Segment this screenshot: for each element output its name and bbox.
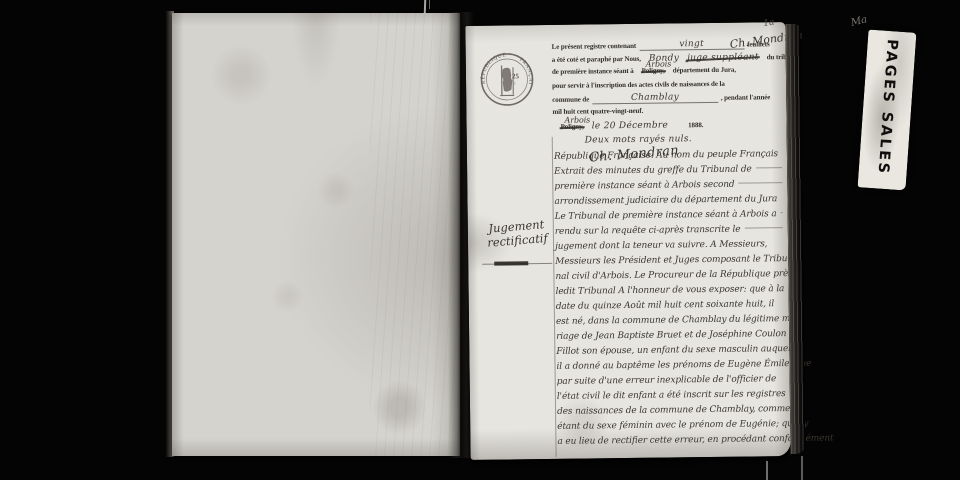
handwritten-vingt: vingt [679, 39, 704, 49]
act-body-line-text: a eu lieu de rectifier cette erreur, en … [557, 434, 833, 447]
archive-label-text: PAGES SALES [874, 31, 901, 190]
registry-right-page: 1a Ch. Mondran RÉPUBLIQUE FRANÇAISE 25 c… [465, 22, 790, 460]
ruled-line-filler [744, 227, 782, 228]
stamp-denomination: 25 [512, 72, 520, 80]
act-body-line-text: première instance séant à Arbois second [554, 180, 734, 192]
handwritten-struck-words: juge suppléant [687, 53, 759, 64]
act-body-line-text: rendu sur la requête ci-après transcrite… [555, 225, 741, 237]
act-body-line-text: Le Tribunal de première instance séant à… [555, 209, 777, 222]
act-body-line-text: étant du sexe féminin avec le prénom de … [557, 419, 808, 432]
handwritten-date: le 20 Décembre [592, 121, 669, 132]
act-body-line-text: l'état civil le dit enfant a été inscrit… [557, 389, 786, 402]
act-body-line-text: nal civil d'Arbois. Le Procureur de la R… [555, 269, 792, 282]
ruled-line-filler [738, 182, 782, 184]
page-edge-sliver [766, 461, 768, 480]
handwritten-chamblay: Chamblay [631, 92, 679, 103]
act-body-line-text: Extrait des minutes du greffe du Tribuna… [554, 164, 752, 176]
margin-note-underline [482, 263, 552, 265]
blank-left-page [172, 13, 460, 456]
folio-mark: 1a [763, 17, 775, 29]
act-body-line-text: République Française. Au nom du peuple F… [554, 149, 778, 162]
act-body-line-text: il a donné au baptême les prénoms de Eug… [556, 359, 811, 372]
act-body-line-text: Fillot son épouse, un enfant du sexe mas… [556, 344, 791, 357]
act-body-line-text: par suite d'une erreur inexplicable de l… [557, 374, 777, 387]
act-body-line-text: arrondissement judiciaire du département… [554, 194, 777, 207]
handwritten-arbois: Arbois [646, 60, 672, 69]
corner-scribble-mark: Ma [850, 14, 868, 29]
act-body-line-text: riage de Jean Baptiste Bruet et de Josép… [556, 329, 786, 342]
scan-background: 1a Ch. Mondran RÉPUBLIQUE FRANÇAISE 25 c… [0, 0, 960, 480]
printed-year: 1888. [688, 121, 703, 129]
handwritten-act-body: République Française. Au nom du peuple F… [554, 149, 786, 452]
act-body-line-text: Messieurs les Président et Juges composa… [555, 254, 790, 267]
act-body-line-text: ledit Tribunal A l'honneur de vous expos… [556, 284, 785, 297]
act-body-line-text: des naissances de la commune de Chamblay… [557, 404, 790, 417]
act-body-line-text: jugement dont la teneur va suivre. A Mes… [555, 239, 767, 252]
page-edge-sliver [801, 456, 803, 480]
republique-francaise-stamp-icon: RÉPUBLIQUE FRANÇAISE 25 c [479, 51, 536, 108]
act-body-line-text: date du quinze Août mil huit cent soixan… [556, 299, 774, 312]
archive-label: PAGES SALES [858, 30, 917, 191]
margin-note-jugement-rectificatif: Jugement rectificatif [477, 216, 557, 250]
act-body-line-text: est né, dans la commune de Chamblay du l… [556, 314, 798, 327]
page-edge-sliver [424, 0, 426, 14]
ruled-line-filler [756, 167, 783, 168]
svg-text:c: c [514, 80, 516, 85]
page-edge-sliver [429, 0, 430, 9]
handwritten-arbois-date: Arbois [564, 116, 590, 125]
printed-register-header: Le présent registre contenant vingt feui… [552, 39, 771, 164]
ruled-line-filler [781, 212, 783, 213]
act-body-line: a eu lieu de rectifier cette erreur, en … [557, 434, 785, 452]
